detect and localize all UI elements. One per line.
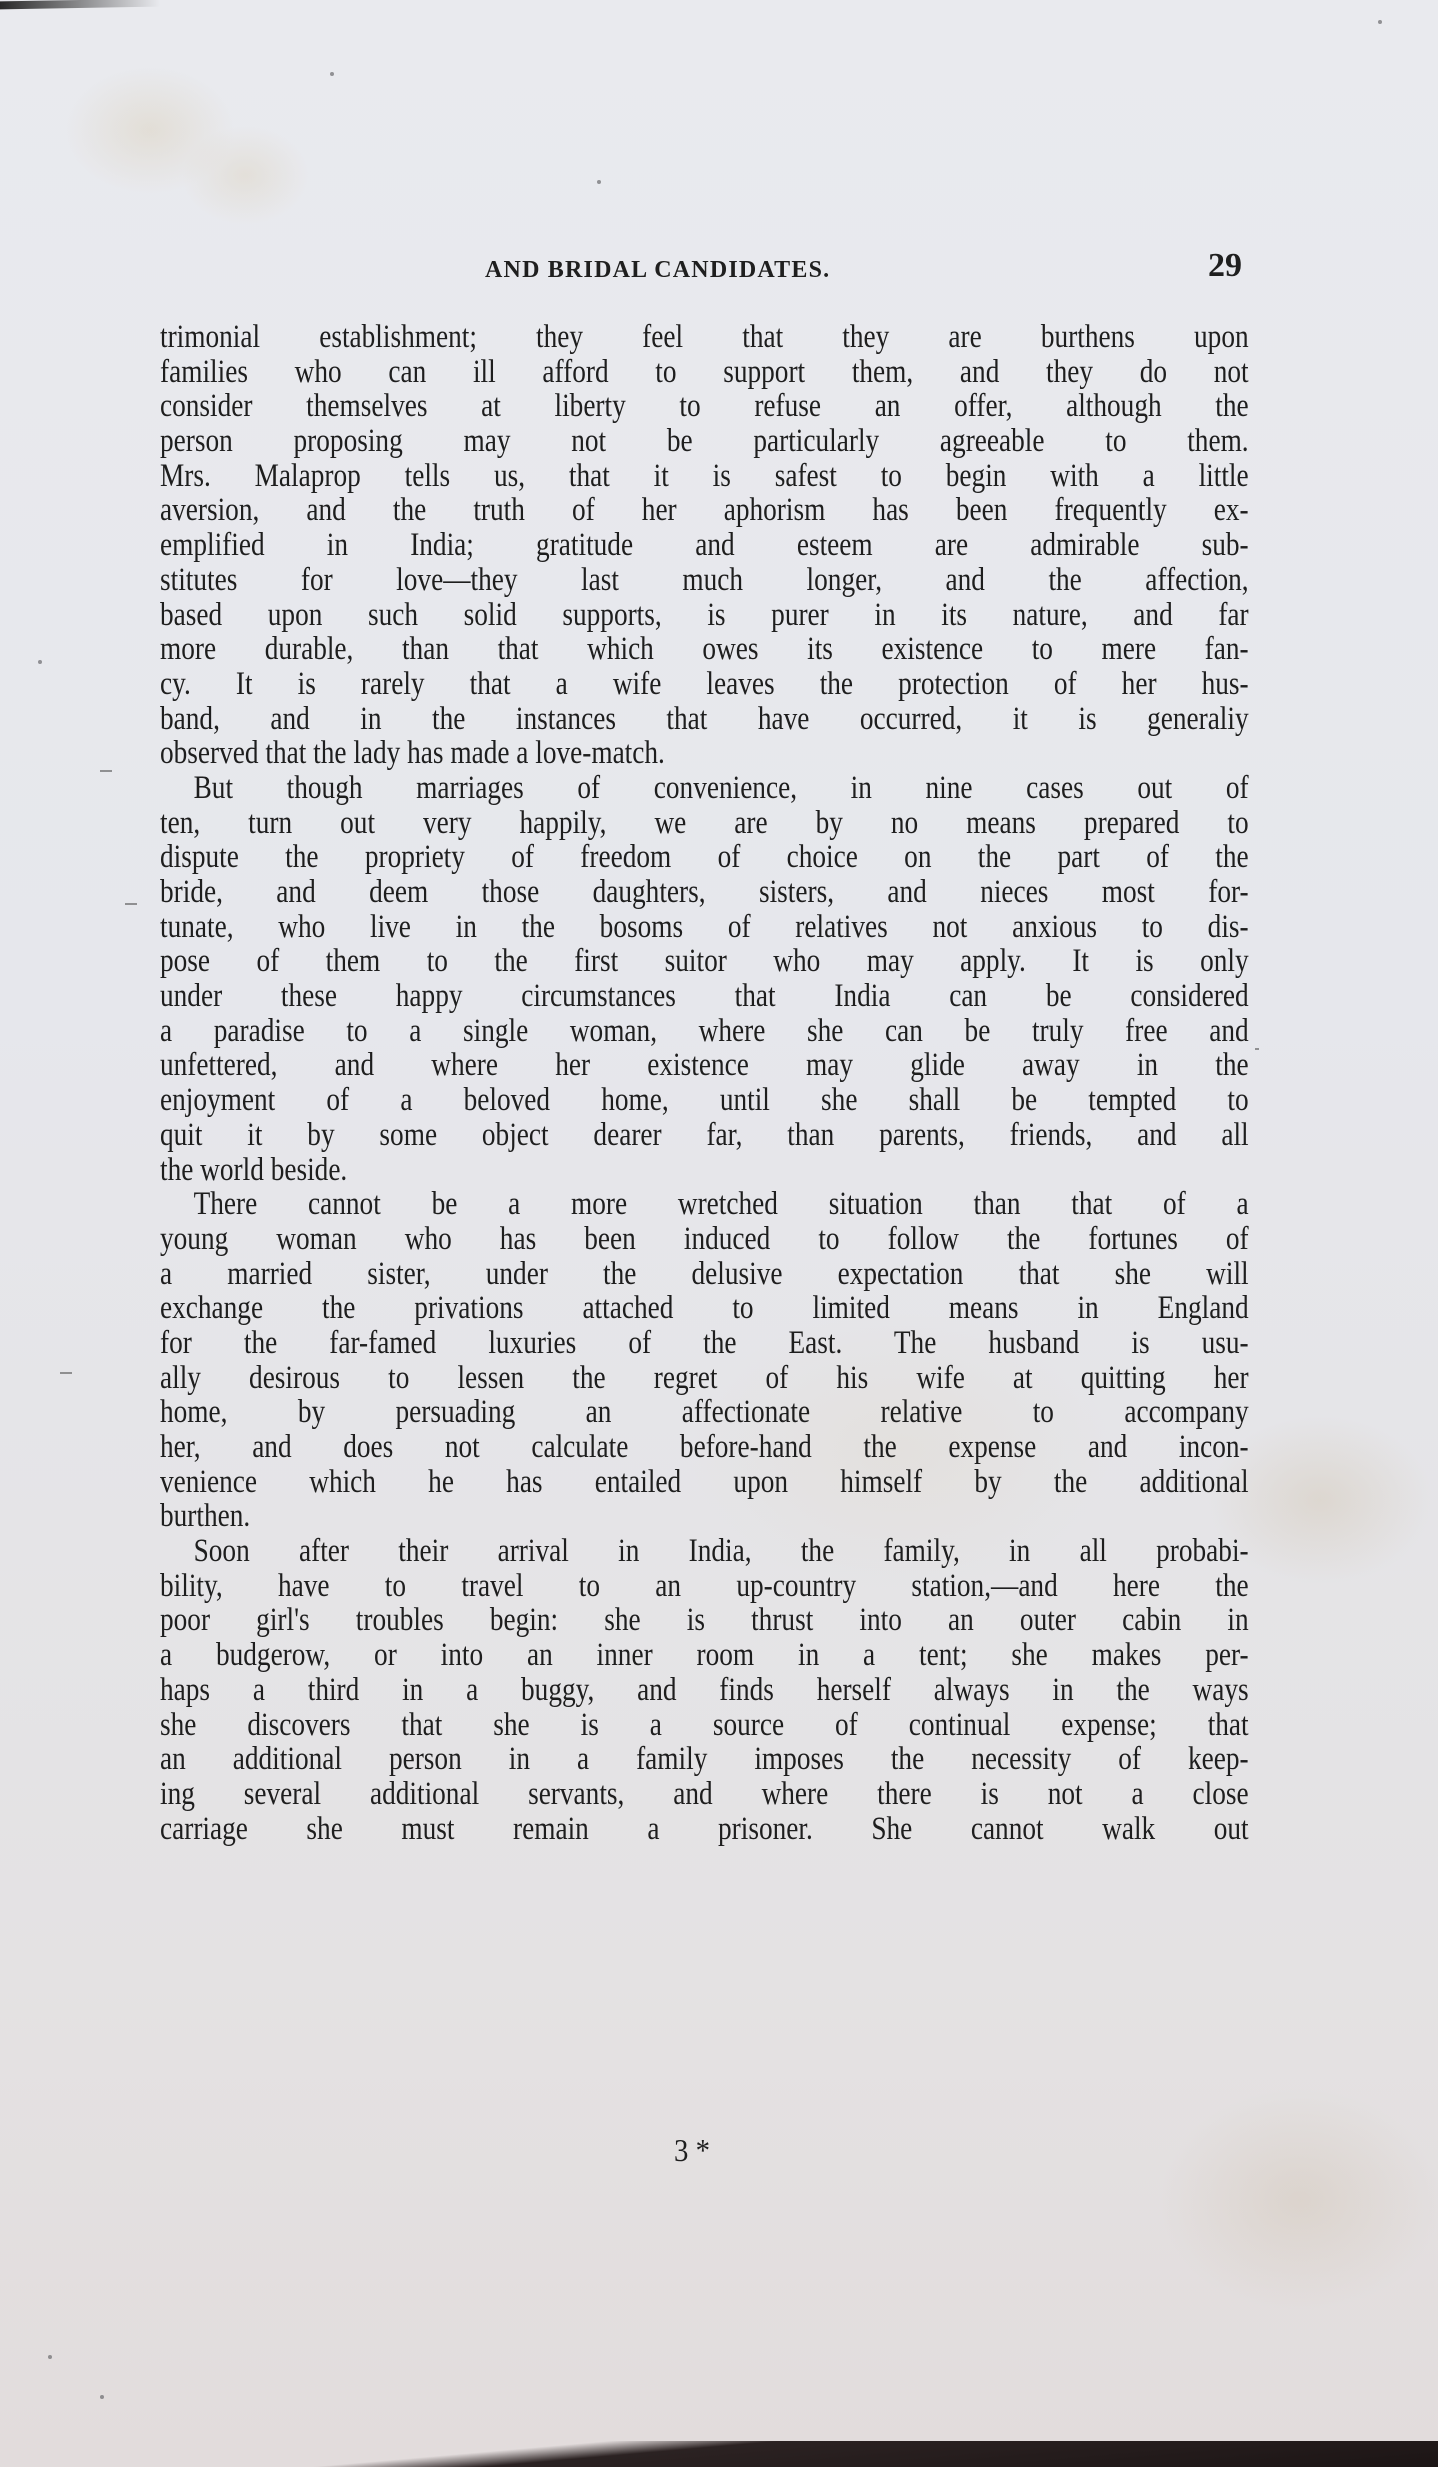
- text-line: observed that the lady has made a love-m…: [160, 736, 1249, 771]
- text-line: tunate, who live in the bosoms of relati…: [160, 910, 1249, 945]
- margin-mark: [125, 903, 137, 905]
- text-line: aversion, and the truth of her aphorism …: [160, 493, 1249, 528]
- text-line: burthen.: [160, 1499, 1249, 1534]
- text-line: consider themselves at liberty to refuse…: [160, 389, 1249, 424]
- text-line: ally desirous to lessen the regret of hi…: [160, 1361, 1249, 1396]
- scan-speck: [1378, 20, 1382, 24]
- body-text: trimonial establishment; they feel that …: [160, 320, 1074, 1846]
- text-line: pose of them to the first suitor who may…: [160, 944, 1249, 979]
- text-line: her, and does not calculate before-hand …: [160, 1430, 1249, 1465]
- scan-speck: [38, 660, 42, 664]
- scan-speck: [330, 72, 334, 76]
- text-line: based upon such solid supports, is purer…: [160, 598, 1249, 633]
- running-title: AND BRIDAL CANDIDATES.: [485, 257, 830, 284]
- page-edge-shadow-bottom: [0, 2441, 1438, 2467]
- book-page: AND BRIDAL CANDIDATES. 29 trimonial esta…: [0, 0, 1438, 2467]
- scan-speck: [100, 2395, 104, 2399]
- text-line: more durable, than that which owes its e…: [160, 632, 1249, 667]
- margin-mark: [60, 1372, 72, 1374]
- scan-speck: [48, 2355, 52, 2359]
- text-line: haps a third in a buggy, and finds herse…: [160, 1673, 1249, 1708]
- text-line: dispute the propriety of freedom of choi…: [160, 840, 1249, 875]
- text-line: emplified in India; gratitude and esteem…: [160, 528, 1249, 563]
- scan-speck: [597, 180, 601, 184]
- text-line: Mrs. Malaprop tells us, that it is safes…: [160, 459, 1249, 494]
- text-line: carriage she must remain a prisoner. She…: [160, 1812, 1249, 1847]
- text-line: she discovers that she is a source of co…: [160, 1708, 1249, 1743]
- margin-mark: [1255, 1048, 1259, 1050]
- page-edge-shadow-top: [0, 0, 160, 9]
- text-line: an additional person in a family imposes…: [160, 1742, 1249, 1777]
- text-line: exchange the privations attached to limi…: [160, 1291, 1249, 1326]
- text-line: a married sister, under the delusive exp…: [160, 1257, 1249, 1292]
- text-line: home, by persuading an affectionate rela…: [160, 1395, 1249, 1430]
- text-line: poor girl's troubles begin: she is thrus…: [160, 1603, 1249, 1638]
- text-line: But though marriages of convenience, in …: [160, 771, 1249, 806]
- text-line: bility, have to travel to an up-country …: [160, 1569, 1249, 1604]
- text-line: cy. It is rarely that a wife leaves the …: [160, 667, 1249, 702]
- text-line: Soon after their arrival in India, the f…: [160, 1534, 1249, 1569]
- text-line: bride, and deem those daughters, sisters…: [160, 875, 1249, 910]
- text-line: There cannot be a more wretched situatio…: [160, 1187, 1249, 1222]
- text-line: person proposing may not be particularly…: [160, 424, 1249, 459]
- text-line: band, and in the instances that have occ…: [160, 702, 1249, 737]
- text-line: under these happy circumstances that Ind…: [160, 979, 1249, 1014]
- text-line: quit it by some object dearer far, than …: [160, 1118, 1249, 1153]
- signature-mark: 3 *: [674, 2132, 710, 2169]
- text-line: for the far-famed luxuries of the East. …: [160, 1326, 1249, 1361]
- text-line: trimonial establishment; they feel that …: [160, 320, 1249, 355]
- text-line: a paradise to a single woman, where she …: [160, 1014, 1249, 1049]
- text-line: families who can ill afford to support t…: [160, 355, 1249, 390]
- text-line: stitutes for love—they last much longer,…: [160, 563, 1249, 598]
- text-line: a budgerow, or into an inner room in a t…: [160, 1638, 1249, 1673]
- margin-mark: [100, 770, 112, 772]
- text-line: enjoyment of a beloved home, until she s…: [160, 1083, 1249, 1118]
- text-line: young woman who has been induced to foll…: [160, 1222, 1249, 1257]
- running-head: AND BRIDAL CANDIDATES. 29: [0, 251, 1438, 291]
- text-line: unfettered, and where her existence may …: [160, 1048, 1249, 1083]
- text-line: the world beside.: [160, 1153, 1249, 1188]
- page-number: 29: [1208, 247, 1242, 285]
- text-line: ten, turn out very happily, we are by no…: [160, 806, 1249, 841]
- text-line: ing several additional servants, and whe…: [160, 1777, 1249, 1812]
- text-line: venience which he has entailed upon hims…: [160, 1465, 1249, 1500]
